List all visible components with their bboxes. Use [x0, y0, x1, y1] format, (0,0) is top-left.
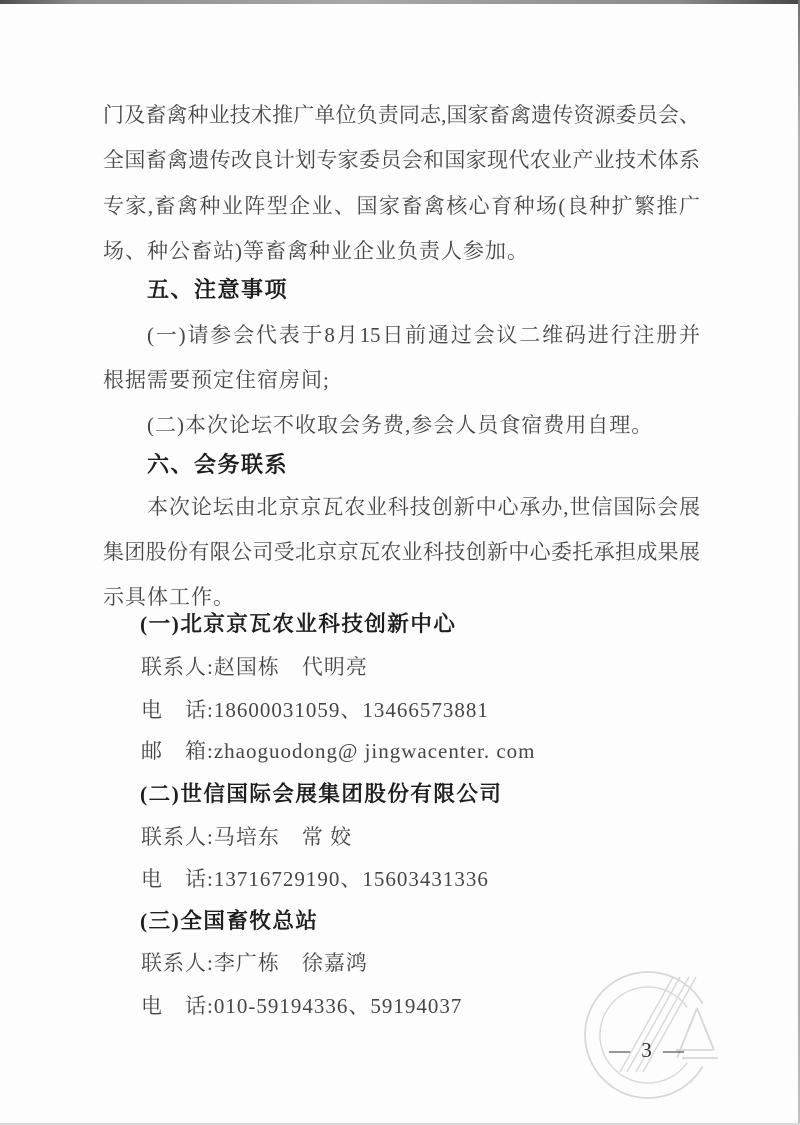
org3-contact-person-line: 联系人:李广栋 徐嘉鸿: [141, 950, 368, 977]
section-heading-contacts: 六、会务联系: [147, 451, 288, 478]
scan-edge-top: [0, 0, 800, 4]
org3-phone-line: 电 话:010-59194336、59194037: [141, 993, 462, 1020]
section-heading-notes: 五、注意事项: [147, 276, 288, 303]
org2-heading: (二)世信国际会展集团股份有限公司: [140, 781, 502, 808]
contacts-intro-line: 集团股份有限公司受北京京瓦农业科技创新中心委托承担成果展: [103, 539, 700, 566]
intro-paragraph-line: 专家,畜禽种业阵型企业、国家畜禽核心育种场(良种扩繁推广: [103, 193, 700, 220]
org3-heading: (三)全国畜牧总站: [140, 908, 318, 935]
intro-paragraph-line: 场、种公畜站)等畜禽种业企业负责人参加。: [103, 238, 529, 265]
page-number: — 3 —: [598, 1038, 698, 1063]
watermark-circle-c: [585, 972, 703, 1098]
note-item1-line1: (一)请参会代表于8月15日前通过会议二维码进行注册并: [147, 322, 700, 349]
org1-heading: (一)北京京瓦农业科技创新中心: [140, 611, 456, 638]
scanned-document-page: 门及畜禽种业技术推广单位负责同志,国家畜禽遗传资源委员会、 全国畜禽遗传改良计划…: [0, 0, 800, 1125]
note-item1-line2: 根据需要预定住宿房间;: [103, 367, 330, 394]
org1-contact-person-line: 联系人:赵国栋 代明亮: [141, 654, 368, 681]
org1-phone-line: 电 话:18600031059、13466573881: [141, 697, 489, 724]
intro-paragraph-line: 门及畜禽种业技术推广单位负责同志,国家畜禽遗传资源委员会、: [103, 102, 700, 129]
contacts-intro-line: 本次论坛由北京京瓦农业科技创新中心承办,世信国际会展: [147, 494, 700, 521]
org2-contact-person-line: 联系人:马培东 常 姣: [141, 824, 352, 851]
intro-paragraph-line: 全国畜禽遗传改良计划专家委员会和国家现代农业产业技术体系: [103, 147, 700, 174]
org2-phone-line: 电 话:13716729190、15603431336: [141, 866, 489, 893]
org1-email-line: 邮 箱:zhaoguodong@ jingwacenter. com: [141, 738, 536, 765]
contacts-intro-line: 示具体工作。: [103, 584, 235, 611]
note-item2: (二)本次论坛不收取会务费,参会人员食宿费用自理。: [147, 412, 653, 439]
